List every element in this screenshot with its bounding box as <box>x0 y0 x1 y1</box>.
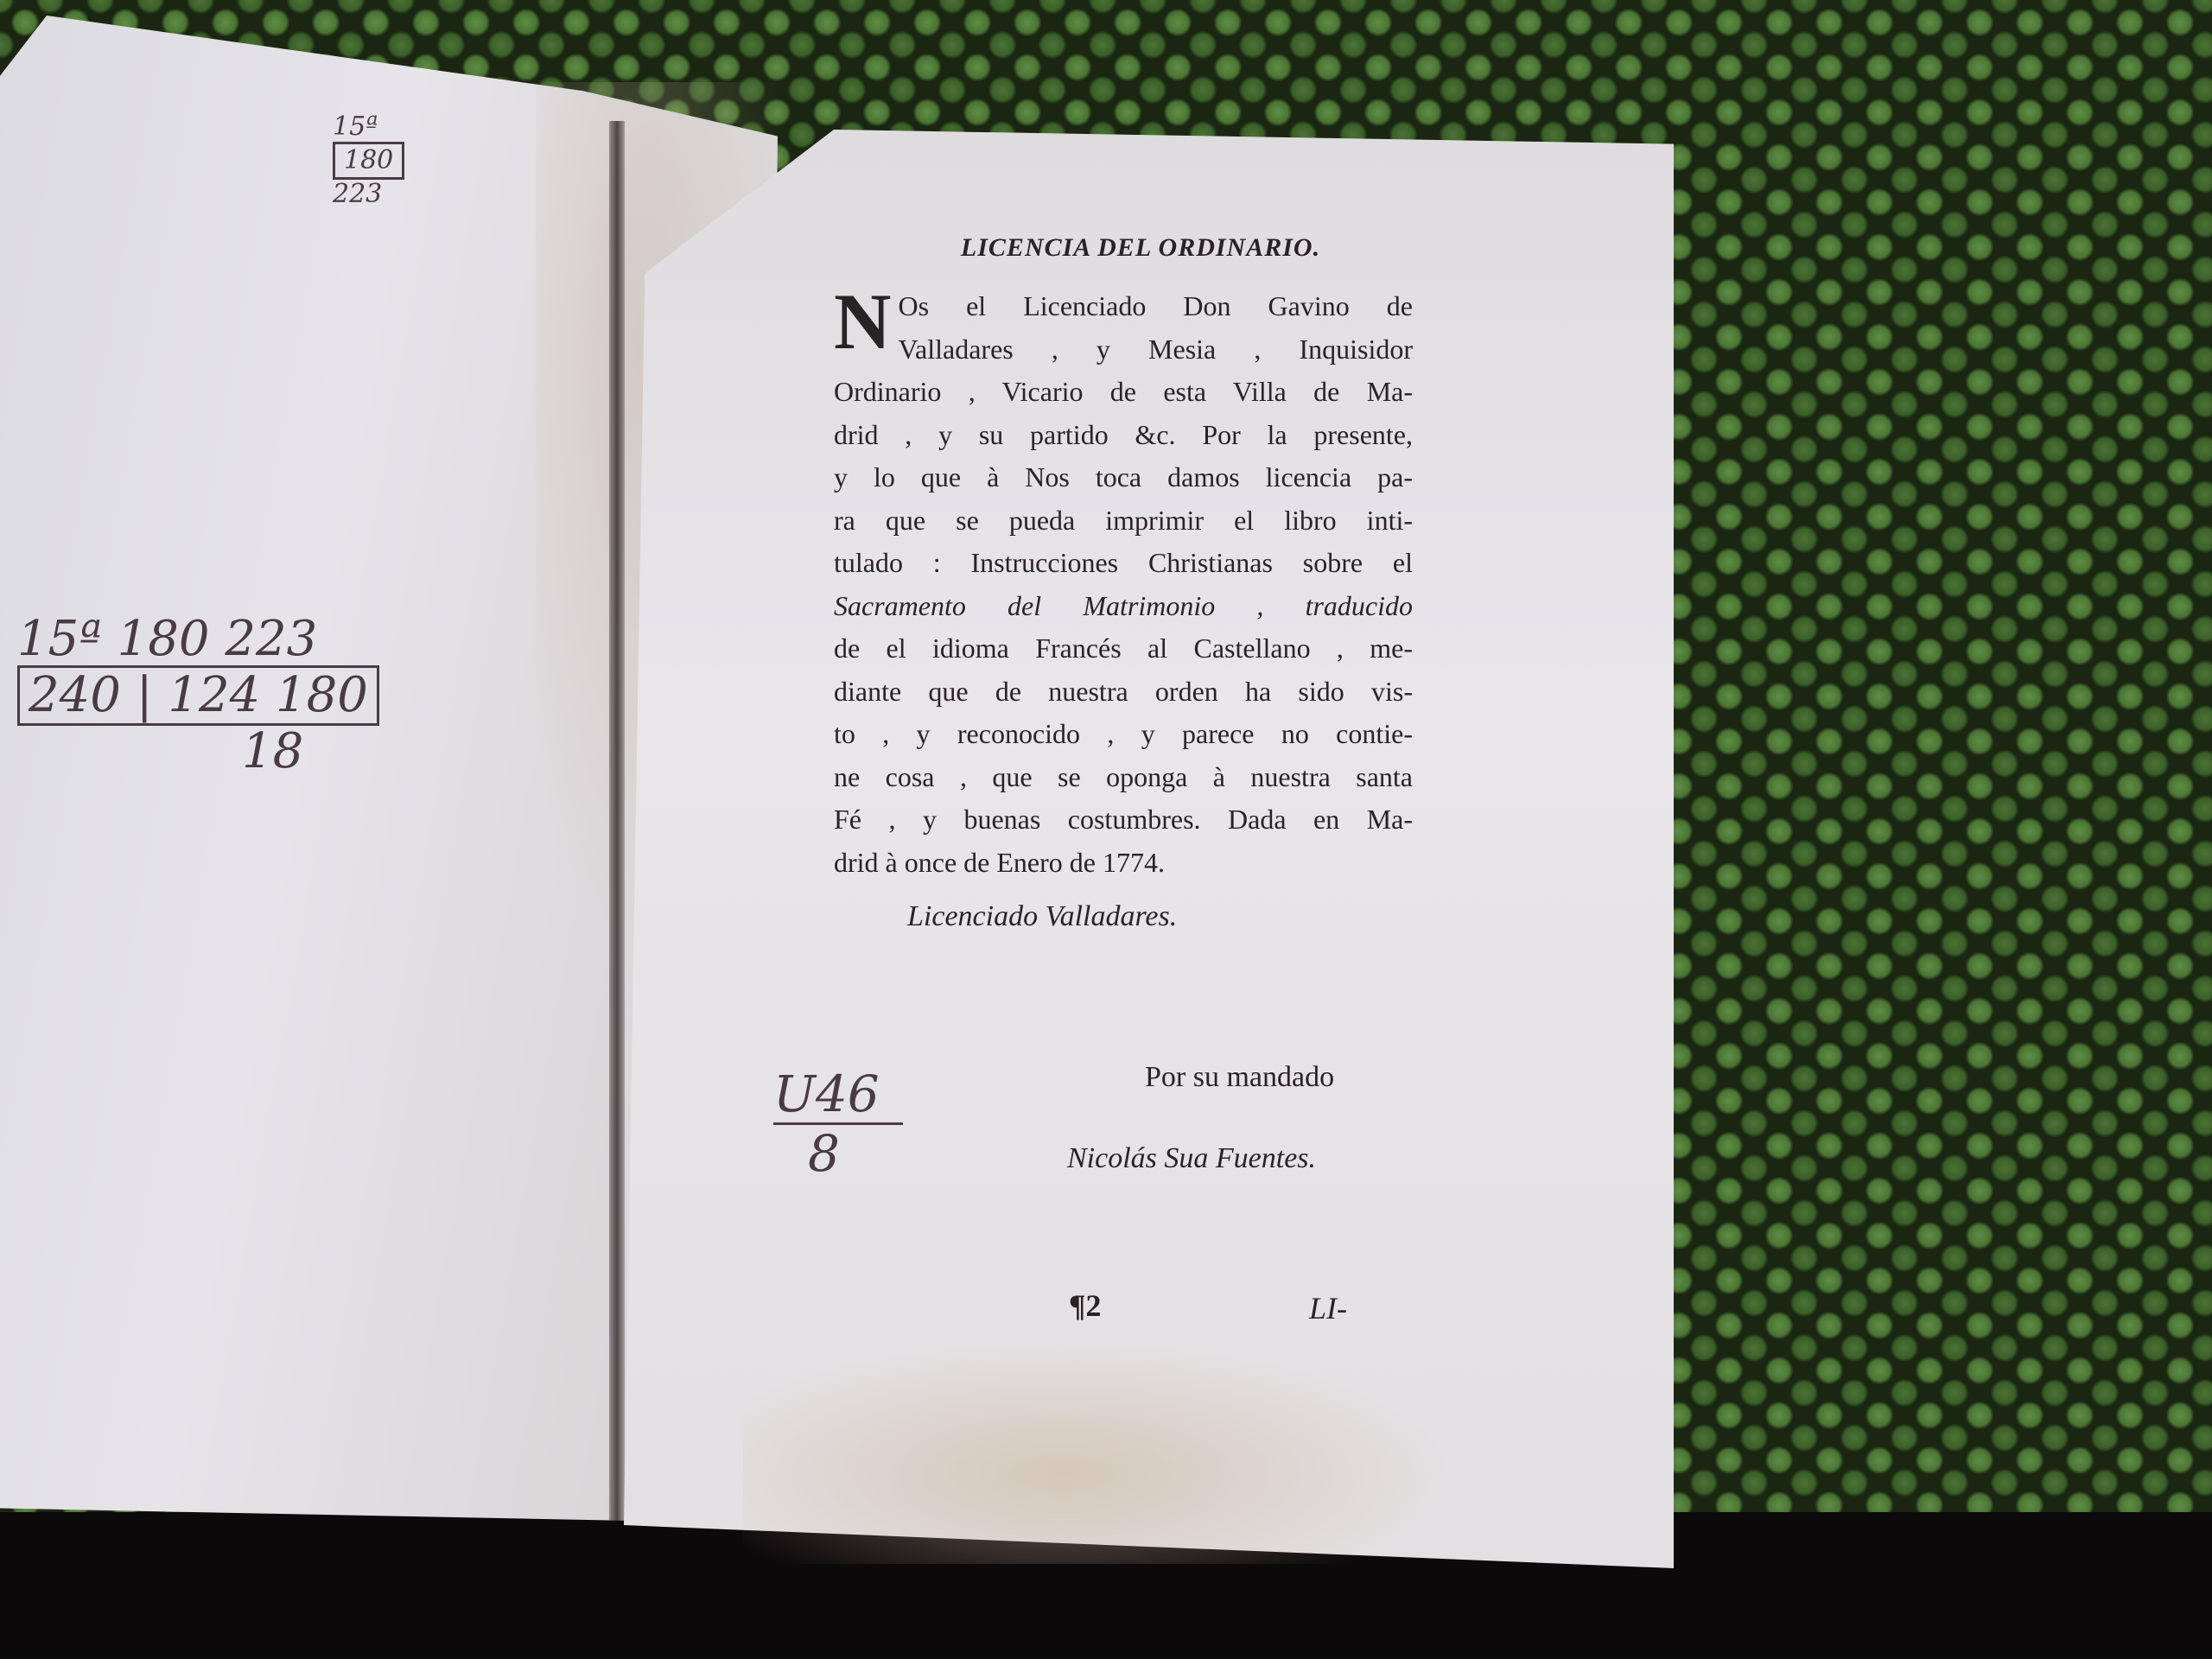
note-left-line2: 240 | 124 180 <box>17 665 379 726</box>
printer-signature-mark: ¶2 <box>1069 1287 1101 1324</box>
text-line: Os el Licenciado Don Gavino de <box>834 285 1413 328</box>
handwritten-note-top: 15ª 180 223 <box>333 112 404 209</box>
book-gutter <box>609 121 625 1521</box>
signer-name: Licenciado Valladares. <box>907 900 1177 933</box>
notary-name: Nicolás Sua Fuentes. <box>1067 1142 1316 1175</box>
handwritten-note-left: 15ª 180 223 240 | 124 180 18 <box>17 613 379 778</box>
text-line: diante que de nuestra orden ha sido vis- <box>834 671 1413 714</box>
license-text-block: LICENCIA DEL ORDINARIO. N Os el Licencia… <box>834 233 1413 884</box>
text-line: Sacramento del Matrimonio , traducido <box>834 585 1413 628</box>
catchword: LI- <box>1309 1290 1347 1326</box>
license-body: N Os el Licenciado Don Gavino de Vallada… <box>834 285 1413 884</box>
text-line: ne cosa , que se oponga à nuestra santa <box>834 756 1413 799</box>
note-left-line3: 18 <box>242 726 379 778</box>
text-line: ra que se pueda imprimir el libro inti- <box>834 499 1413 543</box>
text-line: Valladares , y Mesia , Inquisidor <box>834 328 1413 372</box>
text-line: y lo que à Nos toca damos licencia pa- <box>834 456 1413 499</box>
text-line: drid à once de Enero de 1774. <box>834 842 1413 885</box>
note-top-line2: 180 <box>333 142 404 180</box>
text-line: drid , y su partido &c. Por la presente, <box>834 414 1413 457</box>
por-su-mandado: Por su mandado <box>1145 1061 1334 1094</box>
drop-cap: N <box>834 287 891 356</box>
note-left-line1: 15ª 180 223 <box>17 613 379 665</box>
text-line: to , y reconocido , y parece no contie- <box>834 713 1413 756</box>
note-top-line1: 15ª <box>333 112 404 142</box>
text-line: de el idioma Francés al Castellano , me- <box>834 627 1413 671</box>
handwritten-shelf-mark: U46 8 <box>773 1067 903 1180</box>
note-top-line3: 223 <box>333 180 404 209</box>
water-stain-right <box>743 1339 1452 1564</box>
page-heading: LICENCIA DEL ORDINARIO. <box>868 233 1413 263</box>
text-line: Fé , y buenas costumbres. Dada en Ma- <box>834 798 1413 842</box>
shelf-mark-bottom: 8 <box>808 1127 903 1180</box>
text-line: Ordinario , Vicario de esta Villa de Ma- <box>834 371 1413 414</box>
text-line: tulado : Instrucciones Christianas sobre… <box>834 542 1413 585</box>
shelf-mark-top: U46 <box>773 1067 903 1121</box>
